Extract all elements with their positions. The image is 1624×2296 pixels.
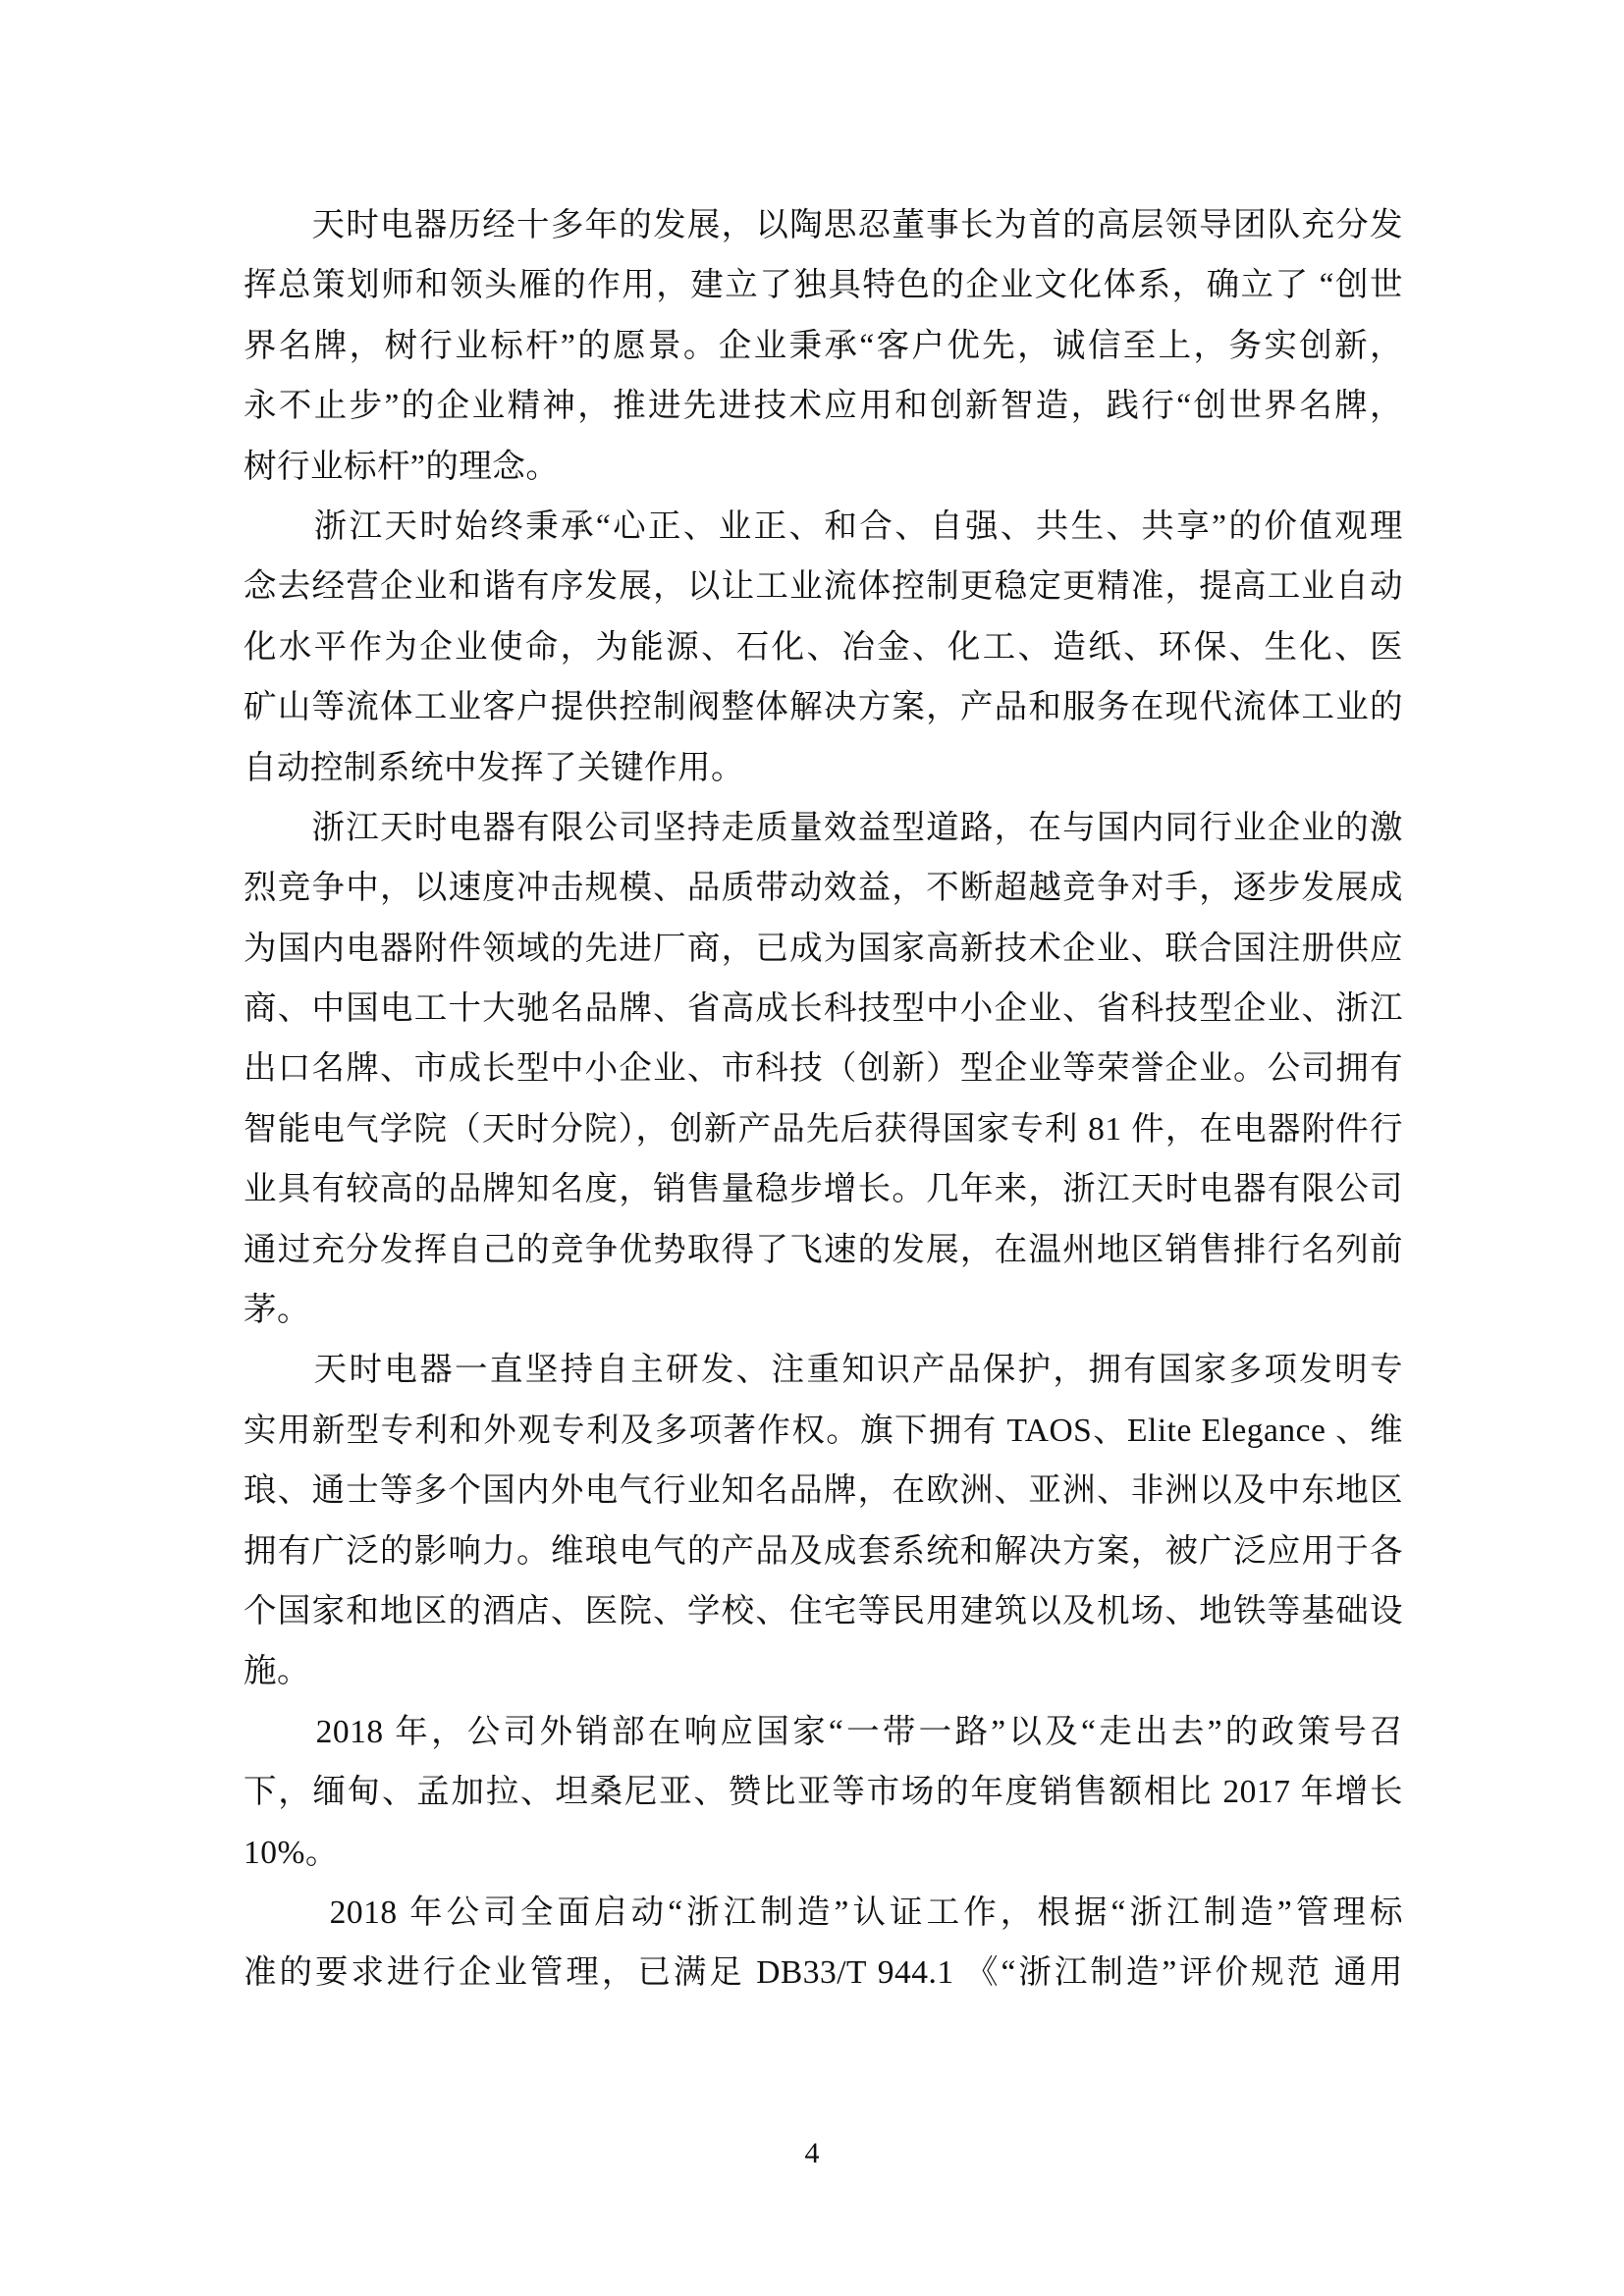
text-line: 通过充分发挥自己的竞争优势取得了飞速的发展，在温州地区销售排行名列前: [244, 1220, 1403, 1280]
text-line: 个国家和地区的酒店、医院、学校、住宅等民用建筑以及机场、地铁等基础设: [244, 1581, 1403, 1641]
text-line: 业具有较高的品牌知名度，销售量稳步增长。几年来，浙江天时电器有限公司: [244, 1159, 1403, 1219]
text-line: 为国内电器附件领域的先进厂商，已成为国家高新技术企业、联合国注册供应: [244, 919, 1403, 979]
text-line: 烈竞争中，以速度冲击规模、品质带动效益，不断超越竞争对手，逐步发展成: [244, 858, 1403, 918]
text-line: 界名牌，树行业标杆”的愿景。企业秉承“客户优先，诚信至上，务实创新，: [244, 316, 1403, 376]
text-line: 施。: [244, 1641, 1403, 1701]
text-line: 浙江天时电器有限公司坚持走质量效益型道路，在与国内同行业企业的激: [244, 798, 1403, 858]
text-line: 2018 年公司全面启动“浙江制造”认证工作，根据“浙江制造”管理标: [244, 1883, 1403, 1943]
text-line: 10%。: [244, 1823, 1403, 1883]
text-line: 挥总策划师和领头雁的作用，建立了独具特色的企业文化体系，确立了 “创世: [244, 255, 1403, 315]
text-line: 天时电器一直坚持自主研发、注重知识产品保护，拥有国家多项发明专利、: [244, 1340, 1403, 1400]
text-line: 出口名牌、市成长型中小企业、市科技（创新）型企业等荣誉企业。公司拥有: [244, 1039, 1403, 1098]
body-text: 天时电器历经十多年的发展，以陶思忍董事长为首的高层领导团队充分发挥总策划师和领头…: [244, 195, 1403, 2003]
text-line: 准的要求进行企业管理，已满足 DB33/T 944.1 《“浙江制造”评价规范 …: [244, 1943, 1403, 2002]
text-line: 浙江天时始终秉承“心正、业正、和合、自强、共生、共享”的价值观理: [244, 497, 1403, 557]
text-line: 天时电器历经十多年的发展，以陶思忍董事长为首的高层领导团队充分发: [244, 195, 1403, 255]
text-line: 商、中国电工十大驰名品牌、省高成长科技型中小企业、省科技型企业、浙江: [244, 979, 1403, 1039]
text-line: 智能电气学院（天时分院），创新产品先后获得国家专利 81 件，在电器附件行: [244, 1099, 1403, 1159]
page-number: 4: [0, 2132, 1624, 2175]
text-line: 树行业标杆”的理念。: [244, 437, 1403, 497]
text-line: 实用新型专利和外观专利及多项著作权。旗下拥有 TAOS、Elite Elegan…: [244, 1401, 1403, 1461]
text-line: 永不止步”的企业精神，推进先进技术应用和创新智造，践行“创世界名牌，: [244, 376, 1403, 436]
text-line: 下，缅甸、孟加拉、坦桑尼亚、赞比亚等市场的年度销售额相比 2017 年增长: [244, 1762, 1403, 1822]
text-line: 化水平作为企业使命，为能源、石化、冶金、化工、造纸、环保、生化、医药、: [244, 617, 1403, 677]
text-line: 2018 年，公司外销部在响应国家“一带一路”以及“走出去”的政策号召: [244, 1702, 1403, 1762]
document-page: 天时电器历经十多年的发展，以陶思忍董事长为首的高层领导团队充分发挥总策划师和领头…: [0, 0, 1624, 2296]
text-line: 茅。: [244, 1280, 1403, 1340]
text-line: 念去经营企业和谐有序发展，以让工业流体控制更稳定更精准，提高工业自动: [244, 557, 1403, 616]
text-line: 自动控制系统中发挥了关键作用。: [244, 738, 1403, 798]
text-line: 矿山等流体工业客户提供控制阀整体解决方案，产品和服务在现代流体工业的: [244, 677, 1403, 737]
text-line: 拥有广泛的影响力。维琅电气的产品及成套系统和解决方案，被广泛应用于各: [244, 1522, 1403, 1581]
text-line: 琅、通士等多个国内外电气行业知名品牌，在欧洲、亚洲、非洲以及中东地区: [244, 1461, 1403, 1521]
